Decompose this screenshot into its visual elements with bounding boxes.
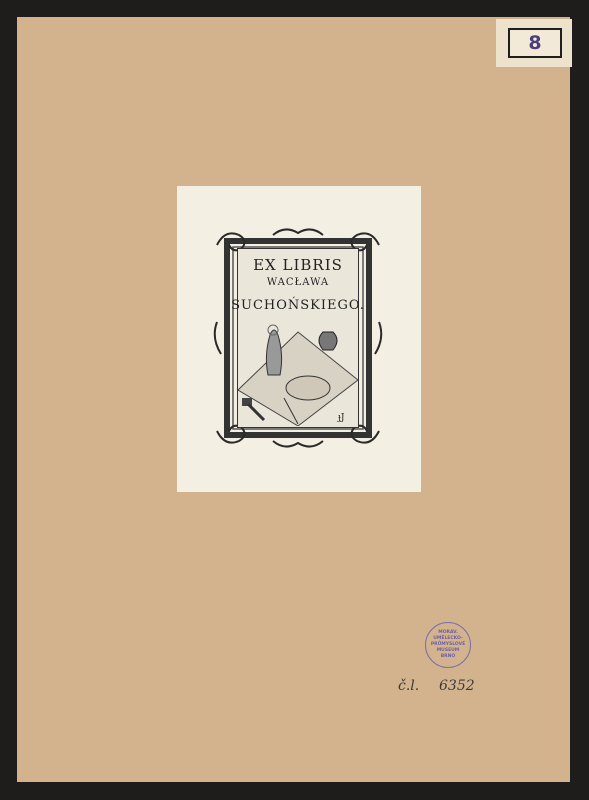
label-number: 8 (528, 32, 541, 54)
owner-surname: SUCHOŃSKIEGO. (230, 298, 366, 313)
ex-libris-title: EX LIBRIS (237, 256, 359, 274)
inventory-prefix: č.l. (398, 678, 419, 694)
label-box: 8 (508, 28, 562, 58)
inventory-number: 6352 (439, 678, 475, 694)
monogram: ɟJ (337, 413, 345, 423)
museum-stamp: MORAV. UMĚLECKO- PRŮMYSLOVÉ MUSEUM BRNO (425, 622, 471, 668)
stamp-line: BRNO (426, 654, 470, 660)
artist-tools-illustration-icon: ɟJ (238, 320, 358, 426)
owner-first-name: WACŁAWA (237, 277, 359, 288)
